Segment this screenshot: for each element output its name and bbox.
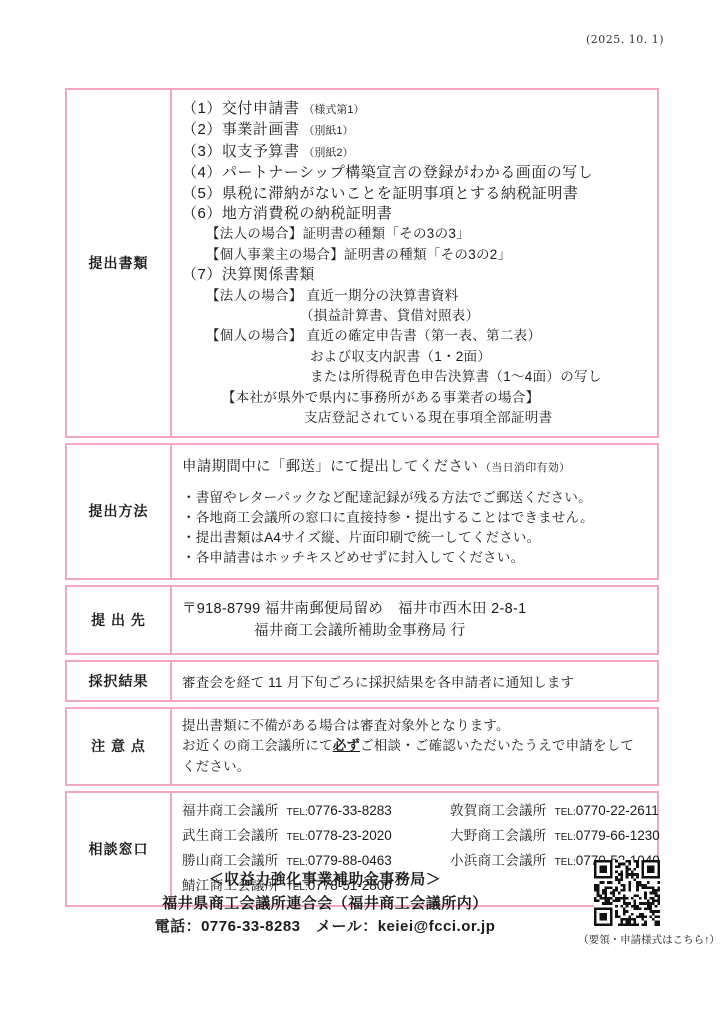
- tel-label: TEL:: [555, 832, 576, 843]
- chamber-name: 大野商工会議所: [450, 828, 547, 843]
- chamber-name: 武生商工会議所: [182, 828, 279, 843]
- tel-number: 0779-88-0463: [308, 853, 392, 868]
- chamber-name: 小浜商工会議所: [450, 853, 547, 868]
- footer-office-title: ＜収益力強化事業補助金事務局＞: [65, 868, 585, 892]
- method-content: 申請期間中に「郵送」にて提出してください（当日消印有効） ・書留やレターパックな…: [172, 445, 657, 578]
- tel-label: TEL:: [555, 807, 576, 818]
- note-line: 提出書類に不備がある場合は審査対象外となります。: [182, 716, 647, 737]
- document-item: （1）交付申請書（様式第1）: [182, 99, 647, 120]
- item-text: （2）事業計画書: [182, 121, 299, 138]
- note-line: お近くの商工会議所にて必ずご相談・ご確認いただいたうえで申請をしてください。: [182, 736, 647, 777]
- tel-label: TEL:: [287, 857, 308, 868]
- note-emphasis: 必ず: [333, 738, 360, 753]
- footer-office-block: ＜収益力強化事業補助金事務局＞ 福井県商工会議所連合会（福井商工会議所内） 電話…: [65, 868, 585, 939]
- method-heading: 申請期間中に「郵送」にて提出してください（当日消印有効）: [182, 455, 647, 476]
- document-subitem: 【個人の場合】 直近の確定申告書（第一表、第二表）: [182, 326, 647, 346]
- document-item: （5）県税に滞納がないことを証明事項とする納税証明書: [182, 184, 647, 204]
- table-row-result: 採択結果 審査会を経て 11 月下旬ごろに採択結果を各申請者に通知します: [65, 660, 659, 702]
- destination-content: 〒918-8799 福井南郵便局留め 福井市西木田 2-8-1 福井商工会議所補…: [172, 587, 657, 653]
- tel-label: TEL:: [287, 807, 308, 818]
- document-item: （2）事業計画書（別紙1）: [182, 120, 647, 141]
- tel-label: TEL:: [287, 832, 308, 843]
- qr-block: （要領・申請様式はこちら↑）: [594, 860, 724, 926]
- row-label-documents: 提出書類: [67, 90, 172, 436]
- documents-list: （1）交付申請書（様式第1） （2）事業計画書（別紙1） （3）収支予算書（別紙…: [172, 90, 657, 436]
- tel-number: 0770-22-2611: [576, 803, 659, 818]
- table-row-destination: 提 出 先 〒918-8799 福井南郵便局留め 福井市西木田 2-8-1 福井…: [65, 585, 659, 655]
- qr-caption: （要領・申請様式はこちら↑）: [554, 932, 724, 947]
- document-subitem: 【個人事業主の場合】証明書の種類「その3の2」: [182, 245, 647, 265]
- tel-number: 0776-33-8283: [308, 803, 392, 818]
- document-subitem: 支店登記されている現在事項全部証明書: [182, 408, 647, 428]
- table-row-notes: 注 意 点 提出書類に不備がある場合は審査対象外となります。 お近くの商工会議所…: [65, 707, 659, 787]
- document-item: （3）収支予算書（別紙2）: [182, 142, 647, 163]
- qr-code-icon: [594, 860, 660, 926]
- chamber-name: 勝山商工会議所: [182, 853, 279, 868]
- table-row-documents: 提出書類 （1）交付申請書（様式第1） （2）事業計画書（別紙1） （3）収支予…: [65, 88, 659, 438]
- item-note: （様式第1）: [303, 104, 364, 116]
- document-subitem: 【法人の場合】 直近一期分の決算書資料: [182, 286, 647, 306]
- row-label-notes: 注 意 点: [67, 709, 172, 785]
- heading-text: 申請期間中に「郵送」にて提出してください: [182, 459, 478, 475]
- document-subitem: 【法人の場合】証明書の種類「その3の3」: [182, 224, 647, 244]
- document-subitem: 【本社が県外で県内に事務所がある事業者の場合】: [182, 388, 647, 408]
- method-bullet: ・提出書類はA4サイズ縦、片面印刷で統一してください。: [182, 528, 647, 548]
- notes-content: 提出書類に不備がある場合は審査対象外となります。 お近くの商工会議所にて必ずご相…: [172, 709, 657, 785]
- contact-entry: 福井商工会議所TEL:0776-33-8283: [182, 800, 432, 823]
- document-item: （7）決算関係書類: [182, 265, 647, 285]
- document-subitem: および収支内訳書（1・2面）: [182, 347, 647, 367]
- note-text: お近くの商工会議所にて: [182, 738, 333, 753]
- row-label-result: 採択結果: [67, 662, 172, 700]
- chamber-name: 福井商工会議所: [182, 803, 279, 818]
- date-note: (2025. 10. 1): [586, 33, 664, 46]
- footer-office-name: 福井県商工会議所連合会（福井商工会議所内）: [65, 892, 585, 916]
- item-note: （別紙1）: [303, 125, 353, 137]
- destination-recipient: 福井商工会議所補助金事務局 行: [182, 620, 647, 642]
- document-item: （4）パートナーシップ構築宣言の登録がわかる画面の写し: [182, 163, 647, 183]
- table-row-method: 提出方法 申請期間中に「郵送」にて提出してください（当日消印有効） ・書留やレタ…: [65, 443, 659, 580]
- method-bullet: ・各申請書はホッチキスどめせずに封入してください。: [182, 548, 647, 568]
- result-content: 審査会を経て 11 月下旬ごろに採択結果を各申請者に通知します: [172, 662, 657, 700]
- item-text: （3）収支予算書: [182, 143, 299, 160]
- document-subitem: または所得税青色申告決算書（1～4面）の写し: [182, 367, 647, 387]
- result-text: 審査会を経て 11 月下旬ごろに採択結果を各申請者に通知します: [182, 671, 647, 691]
- contact-entry: 大野商工会議所TEL:0779-66-1230: [450, 825, 660, 848]
- row-label-destination: 提 出 先: [67, 587, 172, 653]
- row-label-method: 提出方法: [67, 445, 172, 578]
- item-note: （別紙2）: [303, 147, 353, 159]
- submission-info-table: 提出書類 （1）交付申請書（様式第1） （2）事業計画書（別紙1） （3）収支予…: [65, 88, 659, 912]
- method-bullet: ・書留やレターパックなど配達記録が残る方法でご郵送ください。: [182, 488, 647, 508]
- destination-address: 〒918-8799 福井南郵便局留め 福井市西木田 2-8-1: [182, 598, 647, 620]
- tel-number: 0778-23-2020: [308, 828, 392, 843]
- chamber-name: 敦賀商工会議所: [450, 803, 547, 818]
- contact-entry: 武生商工会議所TEL:0778-23-2020: [182, 825, 432, 848]
- document-subitem: （損益計算書、貸借対照表）: [182, 306, 647, 326]
- heading-note: （当日消印有効）: [480, 462, 570, 474]
- method-bullet: ・各地商工会議所の窓口に直接持参・提出することはできません。: [182, 508, 647, 528]
- contact-entry: 敦賀商工会議所TEL:0770-22-2611: [450, 800, 660, 823]
- tel-number: 0779-66-1230: [576, 828, 660, 843]
- footer-contact-line: 電話：0776-33-8283 メール：keiei@fcci.or.jp: [65, 915, 585, 939]
- item-text: （1）交付申請書: [182, 100, 299, 117]
- document-item: （6）地方消費税の納税証明書: [182, 204, 647, 224]
- tel-label: TEL:: [555, 857, 576, 868]
- document-page: (2025. 10. 1) 提出書類 （1）交付申請書（様式第1） （2）事業計…: [0, 0, 724, 1024]
